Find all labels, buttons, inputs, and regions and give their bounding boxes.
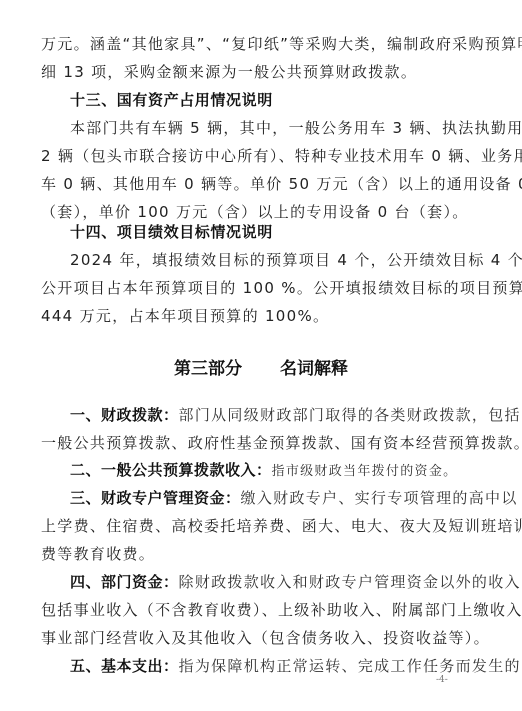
paragraph-line: 车 0 辆、其他用车 0 辆等。单价 50 万元（含）以上的通用设备 0 台 bbox=[41, 174, 483, 194]
page-number: -4- bbox=[436, 675, 448, 685]
paragraph-line: 细 13 项，采购金额来源为一般公共预算财政拨款。 bbox=[41, 62, 483, 82]
paragraph-line: 上学费、住宿费、高校委托培养费、函大、电大、夜大及短训班培训 bbox=[41, 516, 483, 536]
term-label: 二、一般公共预算拨款收入： bbox=[70, 461, 272, 479]
paragraph-line: 万元。涵盖“其他家具”、“复印纸”等采购大类，编制政府采购预算明 bbox=[41, 34, 483, 54]
part-3-title-right: 名词解释 bbox=[280, 354, 348, 379]
paragraph-line: 公开项目占本年预算项目的 100 %。公开填报绩效目标的项目预算 bbox=[41, 278, 483, 298]
term-text: 指为保障机构正常运转、完成工作任务而发生的 bbox=[179, 657, 521, 675]
paragraph-line: 2024 年，填报绩效目标的预算项目 4 个，公开绩效目标 4 个， bbox=[70, 250, 483, 270]
paragraph-line: 本部门共有车辆 5 辆，其中，一般公务用车 3 辆、执法执勤用车 bbox=[70, 118, 483, 138]
part-3-title-left: 第三部分 bbox=[174, 354, 242, 379]
term-text: 指市级财政当年拨付的资金。 bbox=[272, 464, 458, 479]
term-label: 一、财政拨款： bbox=[70, 406, 179, 424]
document-page: 万元。涵盖“其他家具”、“复印纸”等采购大类，编制政府采购预算明 细 13 项，… bbox=[0, 0, 522, 711]
part-3-title: 第三部分名词解释 bbox=[0, 354, 522, 379]
term-definition: 二、一般公共预算拨款收入：指市级财政当年拨付的资金。 bbox=[70, 460, 483, 482]
paragraph-line: 一般公共预算拨款、政府性基金预算拨款、国有资本经营预算拨款。 bbox=[41, 433, 483, 453]
paragraph-line: 事业部门经营收入及其他收入（包含债务收入、投资收益等）。 bbox=[41, 628, 483, 648]
term-definition: 五、基本支出：指为保障机构正常运转、完成工作任务而发生的 bbox=[70, 656, 483, 676]
term-label: 五、基本支出： bbox=[70, 657, 179, 675]
term-definition: 一、财政拨款：部门从同级财政部门取得的各类财政拨款，包括 bbox=[70, 405, 483, 425]
paragraph-line: 费等教育收费。 bbox=[41, 544, 483, 564]
term-label: 四、部门资金： bbox=[70, 573, 179, 591]
term-definition: 四、部门资金：除财政拨款收入和财政专户管理资金以外的收入， bbox=[70, 572, 483, 592]
term-definition: 三、财政专户管理资金：缴入财政专户、实行专项管理的高中以 bbox=[70, 488, 483, 508]
term-text: 部门从同级财政部门取得的各类财政拨款，包括 bbox=[179, 406, 521, 424]
paragraph-line: 2 辆（包头市联合接访中心所有）、特种专业技术用车 0 辆、业务用 bbox=[41, 146, 483, 166]
term-text: 缴入财政专户、实行专项管理的高中以 bbox=[241, 489, 518, 507]
section-13-heading: 十三、国有资产占用情况说明 bbox=[70, 90, 483, 110]
paragraph-line: 444 万元，占本年项目预算的 100%。 bbox=[41, 306, 483, 326]
term-text: 除财政拨款收入和财政专户管理资金以外的收入， bbox=[179, 573, 522, 591]
section-14-heading: 十四、项目绩效目标情况说明 bbox=[70, 222, 483, 242]
term-label: 三、财政专户管理资金： bbox=[70, 489, 241, 507]
paragraph-line: 包括事业收入（不含教育收费）、上级补助收入、附属部门上缴收入、 bbox=[41, 600, 483, 620]
paragraph-line: （套），单价 100 万元（含）以上的专用设备 0 台（套）。 bbox=[41, 202, 483, 222]
